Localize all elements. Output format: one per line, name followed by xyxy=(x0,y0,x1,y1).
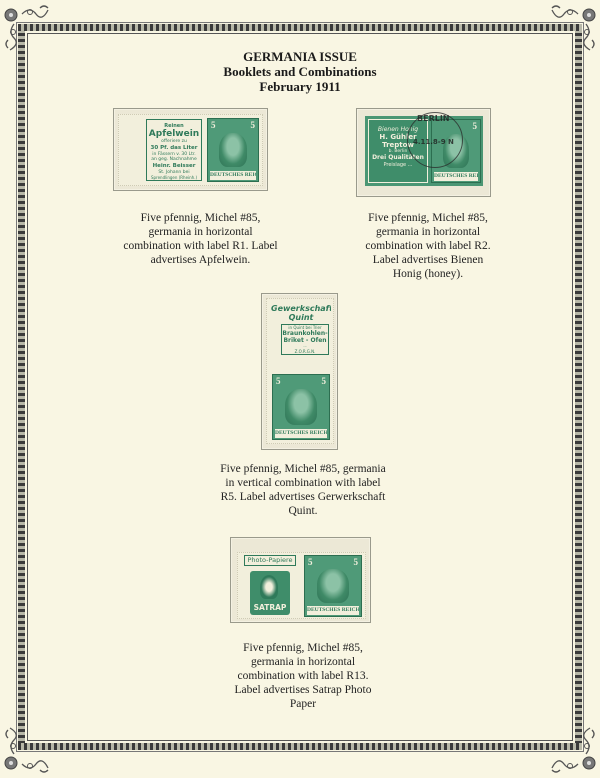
corner-ornament-icon xyxy=(0,718,60,778)
germania-portrait-icon xyxy=(285,389,316,425)
stamp-value: 5 xyxy=(211,120,216,130)
label-text: Braunkohlen- xyxy=(282,330,328,337)
satrap-figure-icon: SATRAP xyxy=(250,571,290,615)
label-text: Sprendlingen (Rheinh.) xyxy=(147,175,201,180)
caption-line: R5. Label advertises Gerwerkschaft xyxy=(218,490,388,504)
germania-portrait-icon xyxy=(317,569,348,603)
stamp-mount-r2: Bienen Honig H. Gühler Treptow b. Berlin… xyxy=(356,108,491,197)
label-text: Heinr. Beisser xyxy=(147,163,201,170)
caption-line: germania in horizontal xyxy=(353,225,503,239)
postmark-date: 4.11.8-9 N xyxy=(413,138,454,146)
label-heading: Quint xyxy=(271,313,331,322)
germania-stamp: 5 5 DEUTSCHES REICH xyxy=(304,555,362,617)
stamp-mount-r1: Reinen Apfelwein offeriere zu 30 Pf. das… xyxy=(113,108,268,191)
caption-line: combination with label R1. Label xyxy=(118,239,283,253)
caption-line: Five pfennig, Michel #85, germania xyxy=(218,462,388,476)
caption-line: Paper xyxy=(228,697,378,711)
caption-line: Five pfennig, Michel #85, xyxy=(228,641,378,655)
label-text: an geg. Nachnahme xyxy=(147,157,201,163)
advertising-label-r5: Gewerkschaft Quint in Quint bei Trier Br… xyxy=(271,302,331,364)
label-heading: Gewerkschaft xyxy=(271,304,331,313)
page-date: February 1911 xyxy=(0,79,600,94)
label-text: Photo-Papiere xyxy=(244,555,296,566)
stamp-value: 5 xyxy=(473,121,478,131)
caption-r1: Five pfennig, Michel #85, germania in ho… xyxy=(118,211,283,267)
label-text: Briket - Ofen xyxy=(282,337,328,344)
stamp-mount-r13: Photo-Papiere SATRAP 5 5 DEUTSCHES REICH xyxy=(230,537,371,623)
caption-line: Label advertises Satrap Photo xyxy=(228,683,378,697)
caption-r5: Five pfennig, Michel #85, germania in ve… xyxy=(218,462,388,518)
page-subtitle: Booklets and Combinations xyxy=(0,64,600,79)
stamp-mount-r5: Gewerkschaft Quint in Quint bei Trier Br… xyxy=(261,293,338,450)
germania-stamp: 5 5 DEUTSCHES REICH xyxy=(272,374,330,440)
caption-line: advertises Apfelwein. xyxy=(118,253,283,267)
stamp-country: DEUTSCHES REICH xyxy=(210,171,256,180)
stamp-strip: Gewerkschaft Quint in Quint bei Trier Br… xyxy=(266,298,334,444)
stamp-value: 5 xyxy=(354,557,359,567)
advertising-label-r1: Reinen Apfelwein offeriere zu 30 Pf. das… xyxy=(146,119,202,181)
caption-line: combination with label R2. xyxy=(353,239,503,253)
page-title: GERMANIA ISSUE xyxy=(0,49,600,64)
stamp-strip: Reinen Apfelwein offeriere zu 30 Pf. das… xyxy=(118,114,263,186)
label-text: Z.O.R.G.N. xyxy=(282,349,328,354)
caption-line: germania in horizontal xyxy=(228,655,378,669)
postmark-city: BERLIN xyxy=(417,114,450,123)
stamp-country: DEUTSCHES REICH xyxy=(275,429,327,438)
label-heading: Apfelwein xyxy=(147,129,201,139)
stamp-value: 5 xyxy=(308,557,313,567)
label-heading: SATRAP xyxy=(250,603,290,612)
stamp-value: 5 xyxy=(251,120,256,130)
caption-r13: Five pfennig, Michel #85, germania in ho… xyxy=(228,641,378,711)
stamp-value: 5 xyxy=(276,376,281,386)
advertising-label-r13: Photo-Papiere SATRAP xyxy=(242,555,298,617)
stamp-strip: Photo-Papiere SATRAP 5 5 DEUTSCHES REICH xyxy=(237,552,366,619)
caption-line: Five pfennig, Michel #85, xyxy=(353,211,503,225)
germania-stamp: 5 5 DEUTSCHES REICH xyxy=(207,118,259,182)
stamp-strip: Bienen Honig H. Gühler Treptow b. Berlin… xyxy=(365,116,483,186)
caption-line: Label advertises Bienen xyxy=(353,253,503,267)
stamp-value: 5 xyxy=(322,376,327,386)
label-text: 30 Pf. das Liter xyxy=(147,145,201,152)
album-page: GERMANIA ISSUE Booklets and Combinations… xyxy=(0,0,600,778)
caption-line: Quint. xyxy=(218,504,388,518)
stamp-country: DEUTSCHES REICH xyxy=(434,172,478,181)
germania-portrait-icon xyxy=(219,133,247,168)
stamp-country: DEUTSCHES REICH xyxy=(307,606,359,615)
caption-line: in vertical combination with label xyxy=(218,476,388,490)
caption-line: Honig (honey). xyxy=(353,267,503,281)
caption-line: germania in horizontal xyxy=(118,225,283,239)
corner-ornament-icon xyxy=(540,718,600,778)
caption-r2: Five pfennig, Michel #85, germania in ho… xyxy=(353,211,503,281)
caption-line: combination with label R13. xyxy=(228,669,378,683)
caption-line: Five pfennig, Michel #85, xyxy=(118,211,283,225)
